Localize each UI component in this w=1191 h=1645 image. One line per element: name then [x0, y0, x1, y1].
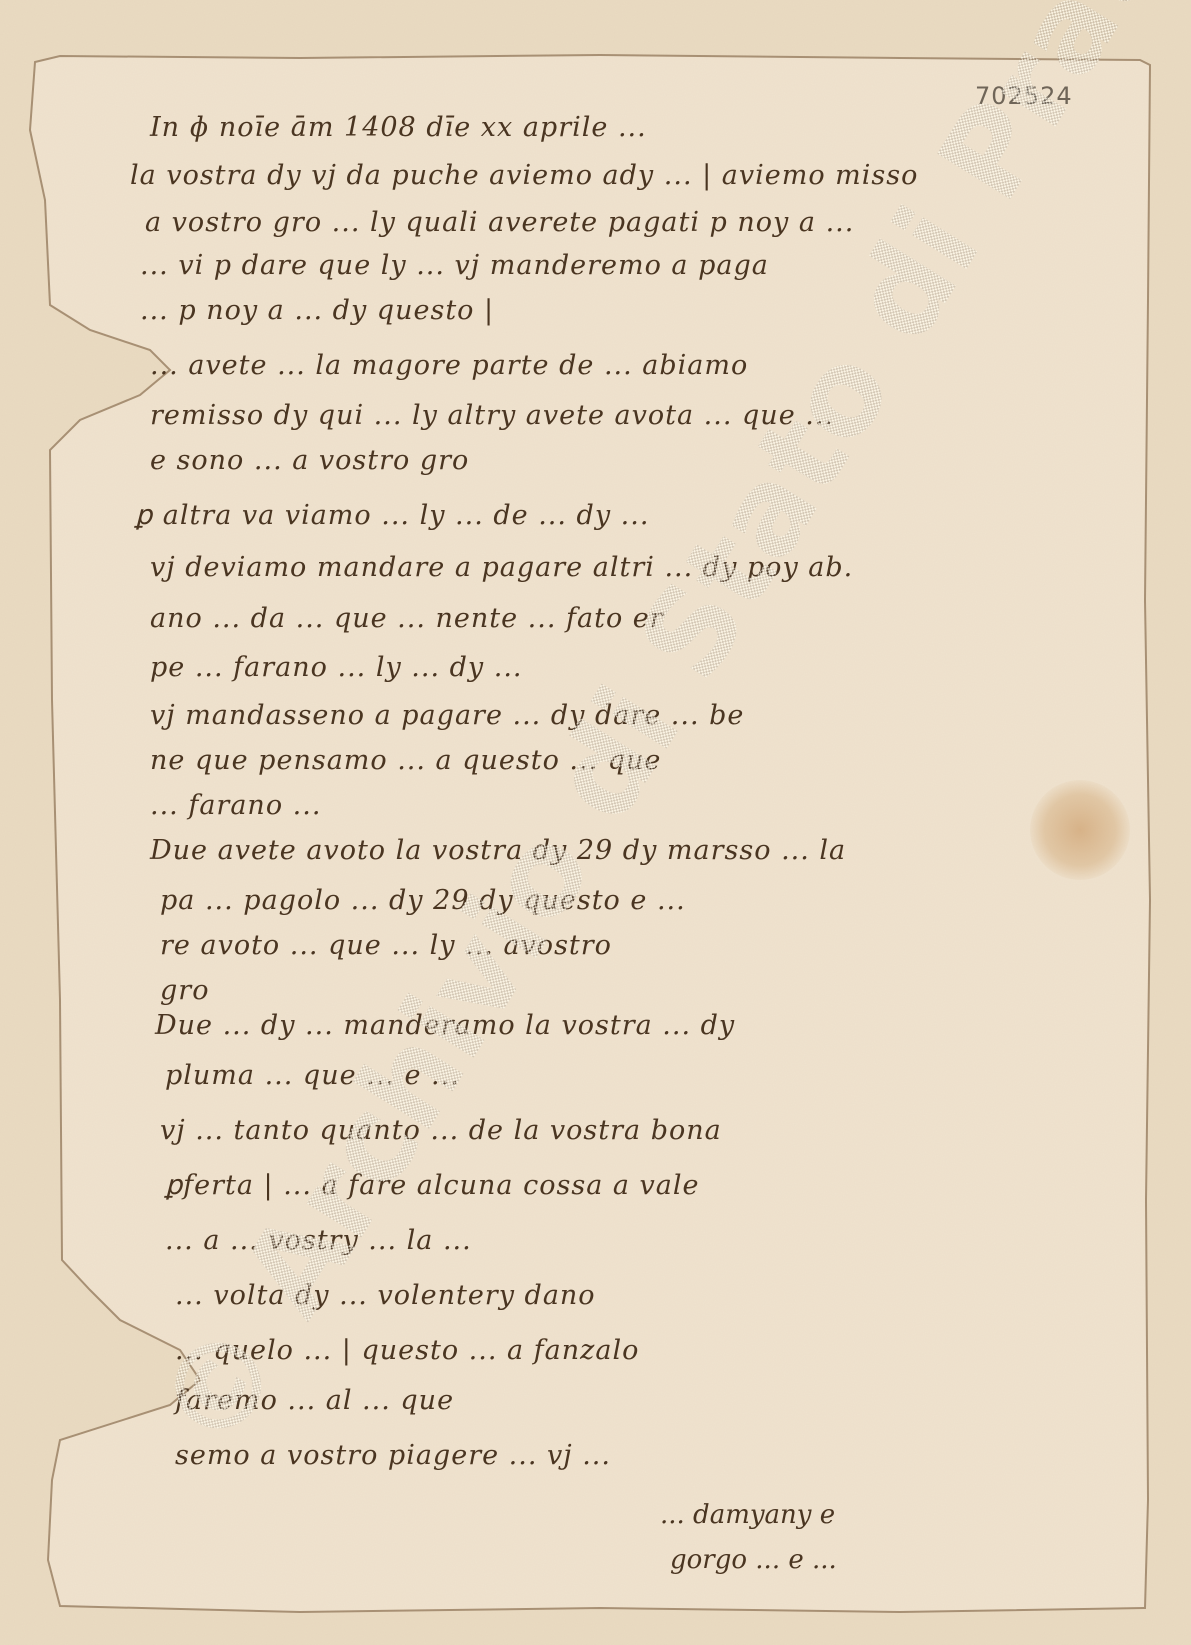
- text-line: a vostro gro ... ly quali averete pagati…: [145, 207, 854, 238]
- text-line: pe ... farano ... ly ... dy ...: [150, 652, 523, 683]
- text-line: remisso dy qui ... ly altry avete avota …: [150, 400, 834, 431]
- water-stain: [1030, 780, 1130, 880]
- text-line: ꝑ altra va viamo ... ly ... de ... dy ..…: [135, 500, 649, 531]
- text-line: In ɸ noīe ām 1408 dīe xx aprile ...: [150, 112, 647, 143]
- text-line: ... p noy a ... dy questo |: [140, 295, 494, 326]
- text-line: e sono ... a vostro gro: [150, 445, 469, 476]
- text-line: ... vi p dare que ly ... vj manderemo a …: [140, 250, 769, 281]
- text-line: gro: [160, 975, 209, 1006]
- signature-line: gorgo ... e ...: [670, 1545, 837, 1575]
- signature-line: ... damyany e: [660, 1500, 835, 1530]
- text-line: ano ... da ... que ... nente ... fato er: [150, 603, 664, 634]
- text-line: ... avete ... la magore parte de ... abi…: [150, 350, 748, 381]
- text-line: ... farano ...: [150, 790, 321, 821]
- text-line: la vostra dy vj da puche aviemo ady ... …: [130, 160, 918, 191]
